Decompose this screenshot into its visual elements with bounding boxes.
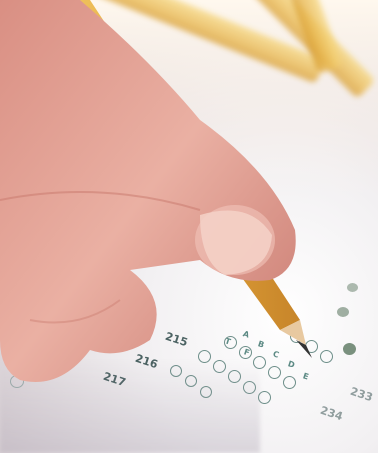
hand (0, 0, 296, 382)
hand-and-pencil (0, 0, 378, 453)
answer-sheet-photo: 215 216 217 233 234 T F A B C D E (0, 0, 378, 453)
